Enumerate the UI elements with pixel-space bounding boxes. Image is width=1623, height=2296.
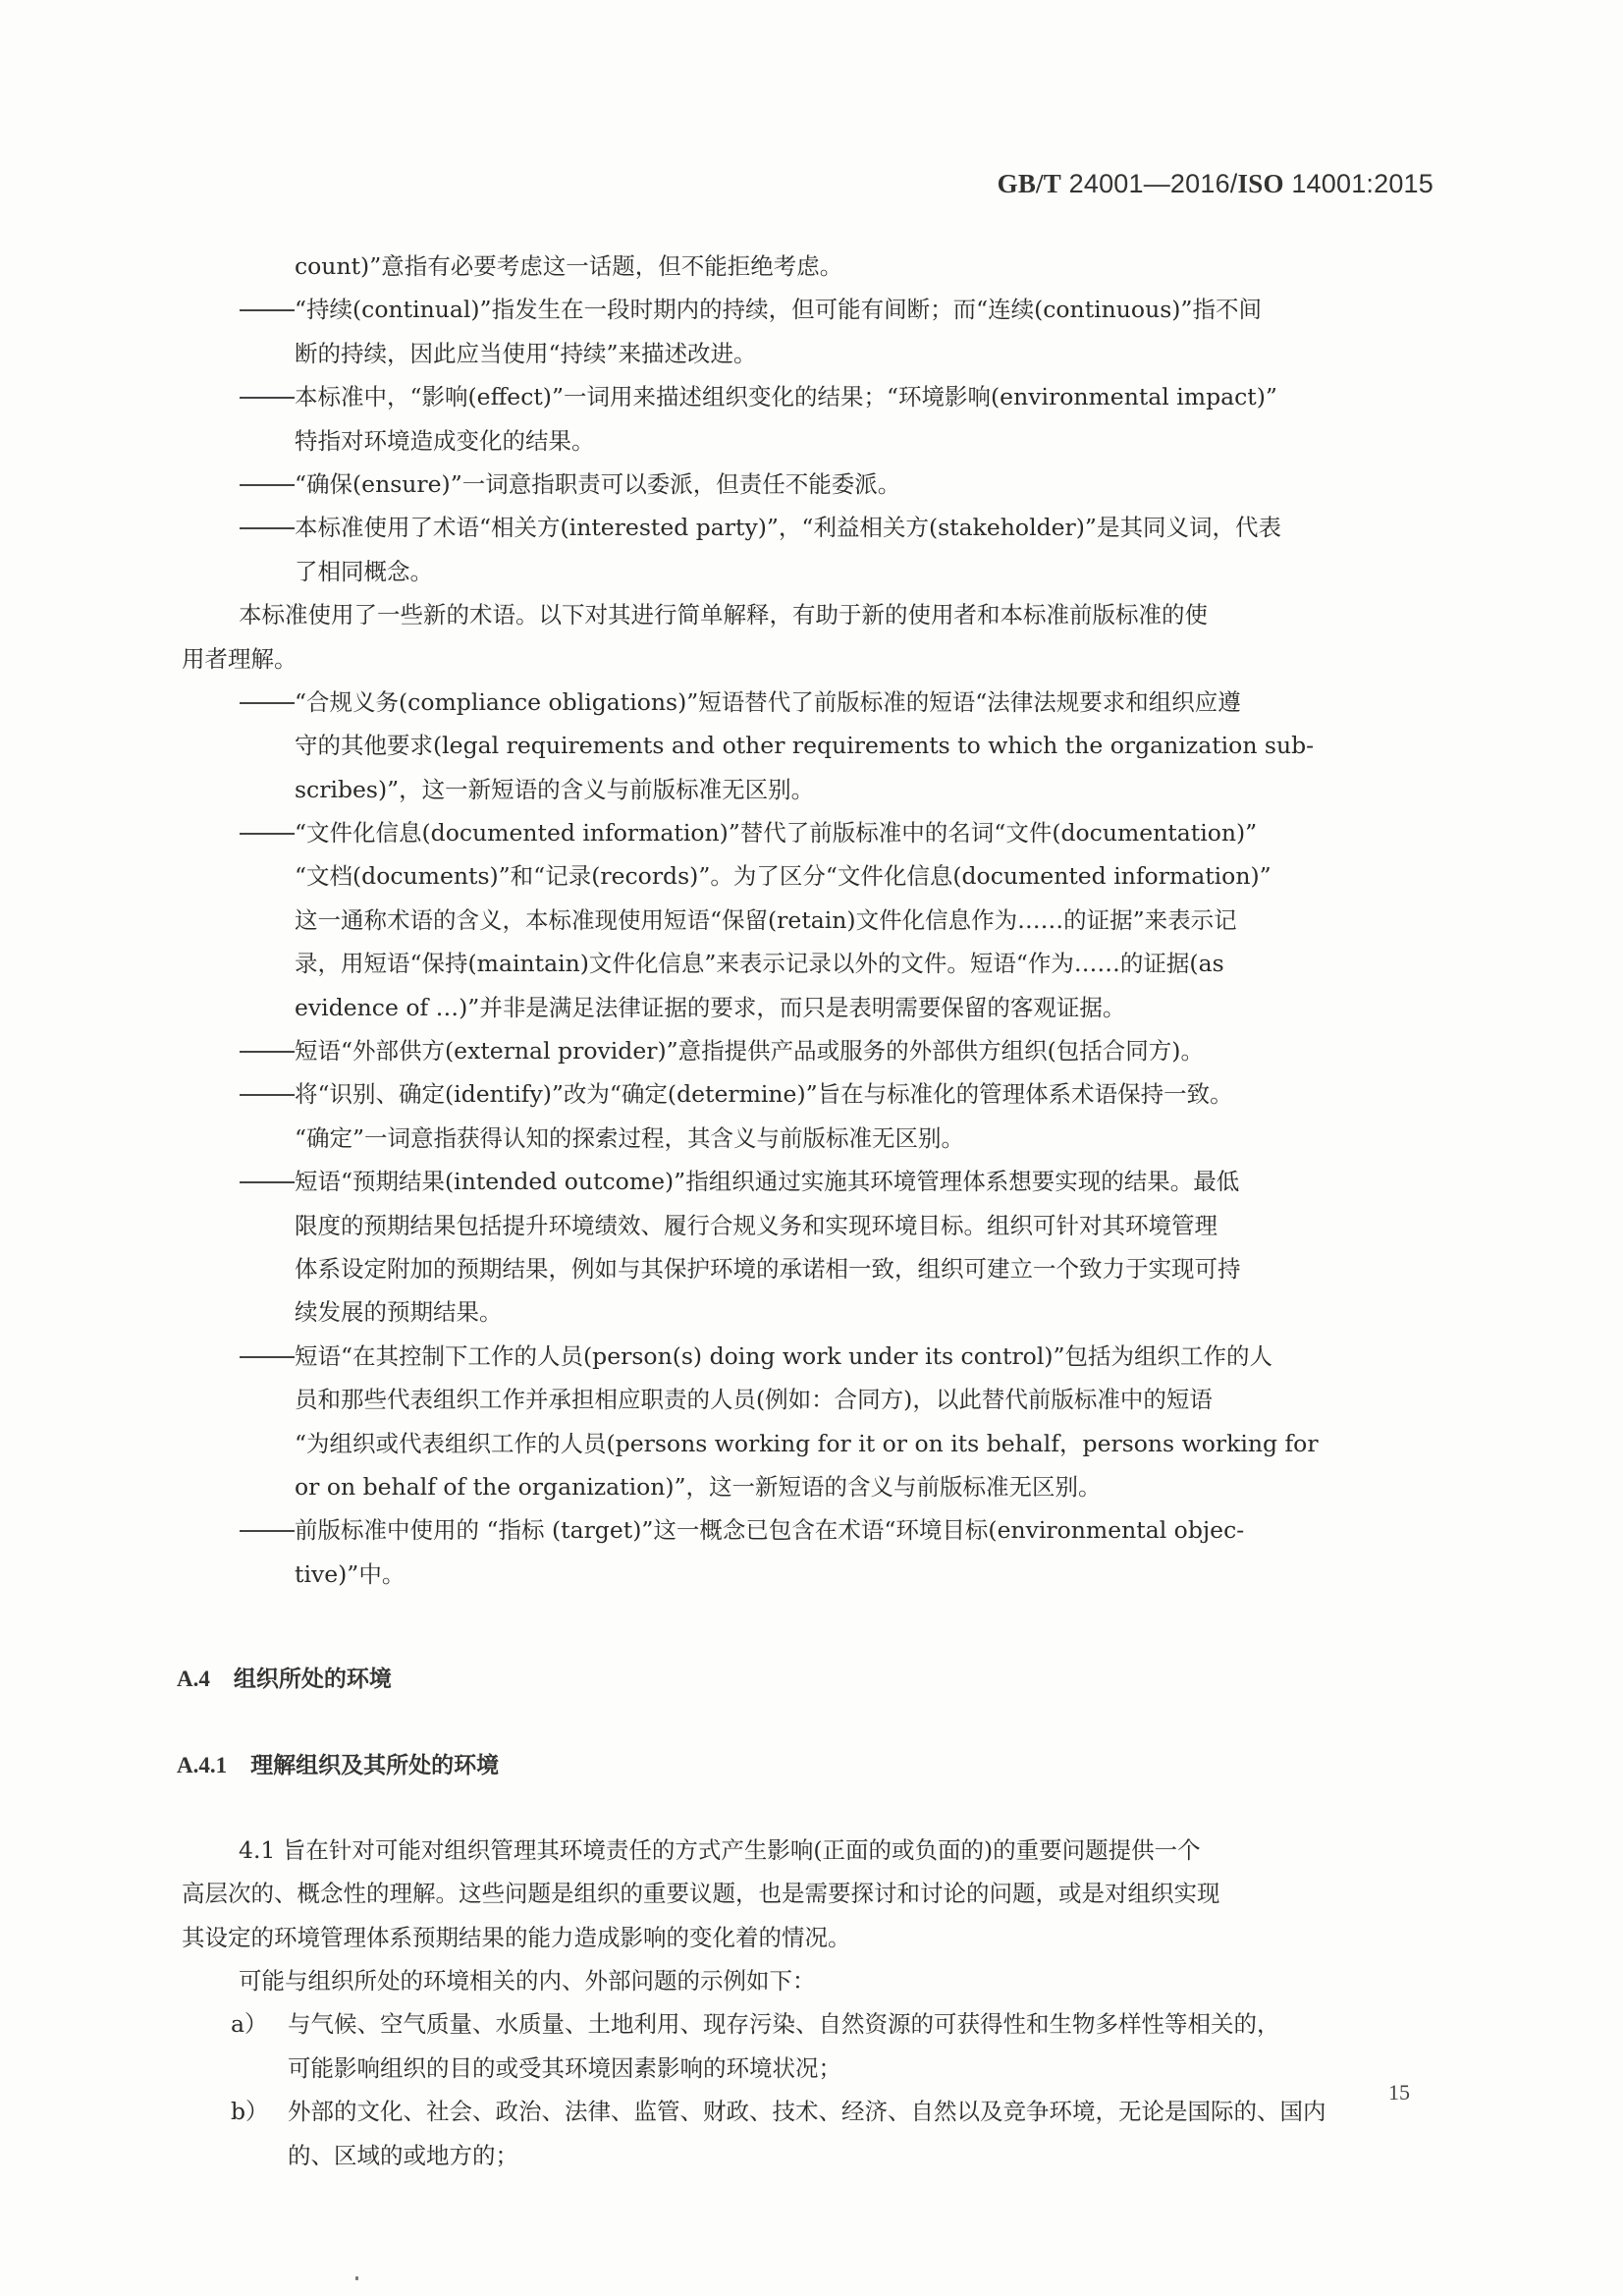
dash-item-line: “为组织或代表组织工作的人员(persons working for it or… [177, 1422, 1435, 1465]
header-code-number: 24001—2016/ [1061, 169, 1238, 198]
dash-item-line: “文档(documents)”和“记录(records)”。为了区分“文件化信息… [177, 854, 1435, 898]
list-item-line: 与气候、空气质量、水质量、土地利用、现存污染、自然资源的可获得性和生物多样性等相… [177, 2002, 1435, 2046]
dash-item-line: tive)”中。 [177, 1553, 1435, 1596]
dash-item-line: or on behalf of the organization)”，这一新短语… [177, 1465, 1435, 1508]
dash-item-line: 续发展的预期结果。 [177, 1290, 1435, 1334]
page-number: 15 [1388, 2080, 1410, 2105]
section-number: A.4 [177, 1658, 210, 1701]
paragraph-line: 其设定的环境管理体系预期结果的能力造成影响的变化着的情况。 [177, 1916, 1435, 1959]
em-dash-marker [240, 833, 295, 835]
section-heading-a4: A.4组织所处的环境 [177, 1657, 1435, 1701]
em-dash-marker [240, 1356, 295, 1358]
em-dash-marker [240, 484, 295, 486]
dash-item-line: “确定”一词意指获得认知的探索过程，其含义与前版标准无区别。 [177, 1117, 1435, 1160]
dash-item-line: “确保(ensure)”一词意指职责可以委派，但责任不能委派。 [177, 463, 1435, 506]
dash-item-line: 员和那些代表组织工作并承担相应职责的人员(例如：合同方)，以此替代前版标准中的短… [177, 1378, 1435, 1421]
dash-item-line: 这一通称术语的含义，本标准现使用短语“保留(retain)文件化信息作为……的证… [177, 899, 1435, 942]
dash-item-line: 录，用短语“保持(maintain)文件化信息”来表示记录以外的文件。短语“作为… [177, 942, 1435, 985]
header-iso: ISO [1238, 169, 1284, 198]
list-item-a: a） 与气候、空气质量、水质量、土地利用、现存污染、自然资源的可获得性和生物多样… [177, 2002, 1435, 2090]
dash-item-line: 将“识别、确定(identify)”改为“确定(determine)”旨在与标准… [177, 1072, 1435, 1116]
dash-item-line: 短语“预期结果(intended outcome)”指组织通过实施其环境管理体系… [177, 1160, 1435, 1203]
list-item-b: b） 外部的文化、社会、政治、法律、监管、财政、技术、经济、自然以及竞争环境，无… [177, 2090, 1435, 2177]
em-dash-marker [240, 527, 295, 529]
section-heading-a4-1: A.4.1理解组织及其所处的环境 [177, 1743, 1435, 1787]
paragraph-new-terms: 本标准使用了一些新的术语。以下对其进行简单解释，有助于新的使用者和本标准前版标准… [177, 593, 1435, 681]
list-item-line: 外部的文化、社会、政治、法律、监管、财政、技术、经济、自然以及竞争环境，无论是国… [177, 2090, 1435, 2133]
dash-item-line: 了相同概念。 [177, 550, 1435, 593]
standard-code-header: GB/T 24001—2016/ISO 14001:2015 [998, 169, 1434, 199]
dash-item-persons-doing-work: 短语“在其控制下工作的人员(person(s) doing work under… [177, 1335, 1435, 1509]
continuation-line: count)”意指有必要考虑这一话题，但不能拒绝考虑。 [177, 245, 1435, 288]
dash-item-line: “文件化信息(documented information)”替代了前版标准中的… [177, 811, 1435, 854]
dash-item-line: 特指对环境造成变化的结果。 [177, 419, 1435, 463]
dash-item-line: 体系设定附加的预期结果，例如与其保护环境的承诺相一致，组织可建立一个致力于实现可… [177, 1247, 1435, 1290]
paragraph-line: 本标准使用了一些新的术语。以下对其进行简单解释，有助于新的使用者和本标准前版标准… [177, 593, 1435, 636]
em-dash-marker [240, 702, 295, 704]
dash-item-line: scribes)”，这一新短语的含义与前版标准无区别。 [177, 768, 1435, 811]
section-number: A.4.1 [177, 1744, 227, 1787]
dash-item-intended-outcome: 短语“预期结果(intended outcome)”指组织通过实施其环境管理体系… [177, 1160, 1435, 1335]
em-dash-marker [240, 1530, 295, 1532]
list-item-line: 可能影响组织的目的或受其环境因素影响的环境状况； [177, 2047, 1435, 2090]
dash-item-external-provider: 短语“外部供方(external provider)”意指提供产品或服务的外部供… [177, 1029, 1435, 1072]
dash-item-line: “持续(continual)”指发生在一段时期内的持续，但可能有间断；而“连续(… [177, 288, 1435, 331]
paragraph-line: 用者理解。 [177, 637, 1435, 681]
section-title: 理解组织及其所处的环境 [250, 1752, 499, 1777]
em-dash-marker [240, 1094, 295, 1096]
dash-item-line: evidence of …)”并非是满足法律证据的要求，而只是表明需要保留的客观… [177, 986, 1435, 1029]
dash-item-line: 前版标准中使用的 “指标 (target)”这一概念已包含在术语“环境目标(en… [177, 1508, 1435, 1552]
list-item-line: 的、区域的或地方的； [177, 2134, 1435, 2177]
paragraph-line: 4.1 旨在针对可能对组织管理其环境责任的方式产生影响(正面的或负面的)的重要问… [177, 1829, 1435, 1872]
dash-item-line: 短语“在其控制下工作的人员(person(s) doing work under… [177, 1335, 1435, 1378]
paragraph-line: 高层次的、概念性的理解。这些问题是组织的重要议题，也是需要探讨和讨论的问题，或是… [177, 1872, 1435, 1915]
header-code-prefix: GB/T [998, 169, 1061, 198]
dash-item-line: 断的持续，因此应当使用“持续”来描述改进。 [177, 332, 1435, 375]
header-iso-number: 14001:2015 [1284, 169, 1434, 198]
dash-item-line: 本标准使用了术语“相关方(interested party)”，“利益相关方(s… [177, 506, 1435, 549]
list-label: a） [231, 2002, 268, 2046]
em-dash-marker [240, 1051, 295, 1053]
section-title: 组织所处的环境 [234, 1666, 392, 1691]
dash-item-line: 本标准中，“影响(effect)”一词用来描述组织变化的结果；“环境影响(env… [177, 375, 1435, 418]
paragraph-4-1-intro: 4.1 旨在针对可能对组织管理其环境责任的方式产生影响(正面的或负面的)的重要问… [177, 1829, 1435, 1959]
em-dash-marker [240, 309, 295, 311]
dash-item-documented-information: “文件化信息(documented information)”替代了前版标准中的… [177, 811, 1435, 1029]
dash-item-line: 短语“外部供方(external provider)”意指提供产品或服务的外部供… [177, 1029, 1435, 1072]
dash-item-continual: “持续(continual)”指发生在一段时期内的持续，但可能有间断；而“连续(… [177, 288, 1435, 375]
dash-item-effect: 本标准中，“影响(effect)”一词用来描述组织变化的结果；“环境影响(env… [177, 375, 1435, 463]
document-body: count)”意指有必要考虑这一话题，但不能拒绝考虑。 “持续(continua… [177, 245, 1435, 2177]
dash-item-compliance-obligations: “合规义务(compliance obligations)”短语替代了前版标准的… [177, 681, 1435, 811]
dash-item-ensure: “确保(ensure)”一词意指职责可以委派，但责任不能委派。 [177, 463, 1435, 506]
dash-item-line: “合规义务(compliance obligations)”短语替代了前版标准的… [177, 681, 1435, 724]
paragraph-examples-intro: 可能与组织所处的环境相关的内、外部问题的示例如下： [177, 1959, 1435, 2002]
dash-item-line: 限度的预期结果包括提升环境绩效、履行合规义务和实现环境目标。组织可针对其环境管理 [177, 1204, 1435, 1247]
em-dash-marker [240, 397, 295, 399]
scan-speck [355, 2276, 358, 2280]
list-label: b） [231, 2090, 269, 2133]
dash-item-line: 守的其他要求(legal requirements and other requ… [177, 724, 1435, 767]
dash-item-target: 前版标准中使用的 “指标 (target)”这一概念已包含在术语“环境目标(en… [177, 1508, 1435, 1596]
dash-item-determine: 将“识别、确定(identify)”改为“确定(determine)”旨在与标准… [177, 1072, 1435, 1160]
em-dash-marker [240, 1181, 295, 1183]
dash-item-interested-party: 本标准使用了术语“相关方(interested party)”，“利益相关方(s… [177, 506, 1435, 593]
